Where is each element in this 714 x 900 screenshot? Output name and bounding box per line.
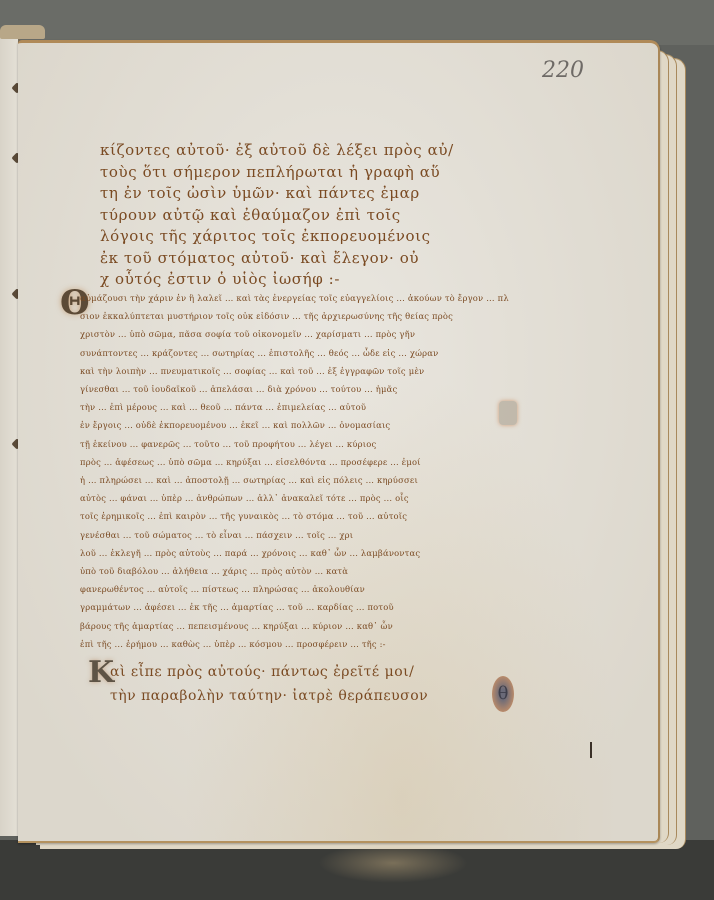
ink-stroke-mark [590,742,592,758]
commentary-line: γραμμάτων ... ἀφέσει ... ἐκ τῆς ... ἁμαρ… [80,598,520,616]
commentary-line: φανερωθέντος ... αὐτοῖς ... πίστεως ... … [80,580,520,598]
text-line: κίζοντες αὐτοῦ· ἐξ αὐτοῦ δὲ λέξει πρὸς α… [100,140,520,162]
text-line: τη ἐν τοῖς ὠσὶν ὑμῶν· καὶ πάντες ἐμαρ [100,183,520,205]
commentary-line: πρὸς ... ἀφέσεως ... ὑπὸ σῶμα ... κηρύξα… [80,453,520,471]
commentary-line: ὑπὸ τοῦ διαβόλου ... ἀλήθεια ... χάρις .… [80,562,520,580]
commentary-line: γενέσθαι ... τοῦ σώματος ... τὸ εἶναι ..… [80,526,520,544]
background-top [0,0,714,45]
commentary-line: βάρους τῆς ἁμαρτίας ... πεπεισμένους ...… [80,617,520,635]
commentary-line: αὐμάζουσι τὴν χάριν ἐν ἣ λαλεῖ ... καὶ τ… [80,289,520,307]
text-line: τὴν παραβολὴν ταύτην· ἰατρὲ θεράπευσον [110,684,530,708]
text-line: λόγοις τῆς χάριτος τοῖς ἐκπορευομένοις [100,226,520,248]
text-line: αὶ εἶπε πρὸς αὐτούς· πάντως ἐρεῖτέ μοι/ [110,660,530,684]
commentary-line: συνάπτοντες ... κράζοντες ... σωτηρίας .… [80,344,520,362]
gospel-text-block: κίζοντες αὐτοῦ· ἐξ αὐτοῦ δὲ λέξει πρὸς α… [100,140,520,291]
binding-thread-frayed [0,25,45,39]
commentary-line: λοῦ ... ἐκλεγῆ ... πρὸς αὐτοὺς ... παρά … [80,544,520,562]
text-line: τοὺς ὅτι σήμερον πεπλήρωται ἡ γραφὴ αὕ [100,162,520,184]
text-line: ἐκ τοῦ στόματος αὐτοῦ· καὶ ἔλεγον· οὐ [100,248,520,270]
page-stain [318,843,468,883]
commentary-text-block: αὐμάζουσι τὴν χάριν ἐν ἣ λαλεῖ ... καὶ τ… [80,289,520,653]
commentary-line: χριστὸν ... ὑπὸ σῶμα, πᾶσα σοφία τοῦ οἰκ… [80,325,520,343]
folio-number: 220 [542,58,584,83]
commentary-line: γίνεσθαι ... τοῦ ἰουδαϊκοῦ ... ἀπελάσαι … [80,380,520,398]
commentary-line: τὴν ... ἐπὶ μέρους ... καὶ ... θεοῦ ... … [80,398,520,416]
commentary-line: τῇ ἐκείνου ... φανερῶς ... τοῦτο ... τοῦ… [80,435,520,453]
closing-text-block: αὶ εἶπε πρὸς αὐτούς· πάντως ἐρεῖτέ μοι/ … [110,660,530,708]
margin-mark [499,401,517,425]
commentary-line: ἡ ... πληρώσει ... καὶ ... ἀποστολῇ ... … [80,471,520,489]
commentary-line: τοῖς ἐρημικοῖς ... ἐπὶ καιρὸν ... τῆς γυ… [80,507,520,525]
commentary-line: καὶ τὴν λοιπὴν ... πνευματικοῖς ... σοφί… [80,362,520,380]
text-line: χ οὗτός ἐστιν ὁ υἱὸς ἰωσήφ :- [100,269,520,291]
margin-theta-marker: θ [492,676,514,712]
commentary-line: ἐπὶ τῆς ... ἐρήμου ... καθὼς ... ὑπὲρ ..… [80,635,520,653]
commentary-line: σιον ἐκκαλύπτεται μυστήριον τοῖς οὐκ εἰδ… [80,307,520,325]
commentary-line: αὐτὸς ... φάναι ... ὑπὲρ ... ἀνθρώπων ..… [80,489,520,507]
text-line: τύρουν αὐτῷ καὶ ἐθαύμαζον ἐπὶ τοῖς [100,205,520,227]
commentary-line: ἐν ἔργοις ... οὐδὲ ἐκπορευομένου ... ἐκε… [80,416,520,434]
